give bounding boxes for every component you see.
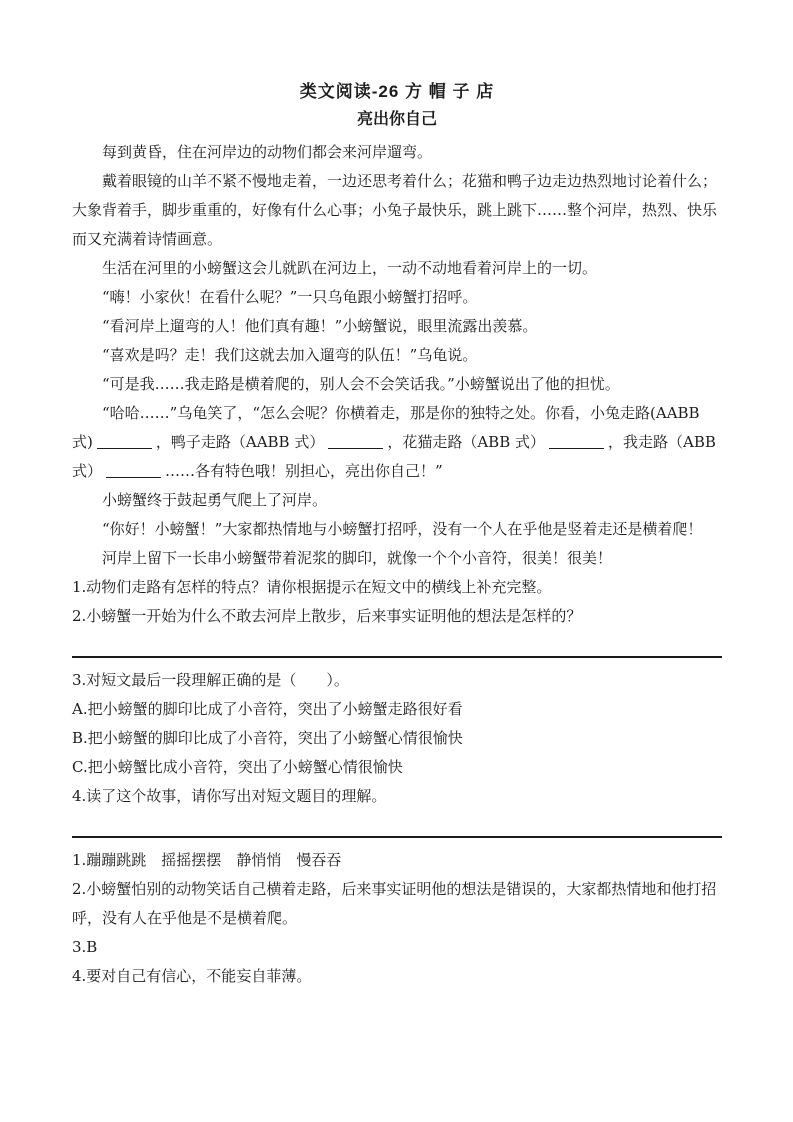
- question-item-1: 1.动物们走路有怎样的特点？请你根据提示在短文中的横线上补充完整。: [72, 573, 722, 602]
- question-3-option-b: B.把小螃蟹的脚印比成了小音符，突出了小螃蟹心情很愉快: [72, 724, 722, 753]
- fill-segment: ，鸭子走路（AABB 式）: [156, 433, 324, 451]
- worksheet-page: 类文阅读-26 方 帽 子 店 亮出你自己 每到黄昏，住在河岸边的动物们都会来河…: [0, 0, 793, 1122]
- question-item-3: 3.对短文最后一段理解正确的是（ ）。: [72, 666, 722, 695]
- story-paragraph-fill-blanks: “哈哈……”乌龟笑了，“怎么会呢？你横着走，那是你的独特之处。你看，小兔走路(A…: [72, 399, 722, 486]
- story-paragraph: 每到黄昏，住在河岸边的动物们都会来河岸遛弯。: [72, 138, 722, 167]
- story-paragraph: 小螃蟹终于鼓起勇气爬上了河岸。: [72, 486, 722, 515]
- questions-section-2: 3.对短文最后一段理解正确的是（ ）。 A.把小螃蟹的脚印比成了小音符，突出了小…: [72, 666, 722, 811]
- section-divider: [72, 656, 722, 658]
- story-paragraph: 河岸上留下一长串小螃蟹带着泥浆的脚印，就像一个个小音符，很美！很美！: [72, 544, 722, 573]
- story-paragraph: “看河岸上遛弯的人！他们真有趣！”小螃蟹说，眼里流露出羡慕。: [72, 312, 722, 341]
- story-paragraph: “可是我……我走路是横着爬的，别人会不会笑话我。”小螃蟹说出了他的担忧。: [72, 370, 722, 399]
- fill-blank-line-3: [549, 433, 604, 449]
- answers-section: 1.蹦蹦跳跳 摇摇摆摆 静悄悄 慢吞吞 2.小螃蟹怕别的动物笑话自己横着走路，后…: [72, 846, 722, 991]
- question-item-2: 2.小螃蟹一开始为什么不敢去河岸上散步，后来事实证明他的想法是怎样的？: [72, 602, 722, 631]
- fill-segment: ……各有特色哦！别担心，亮出你自己！”: [165, 462, 443, 480]
- answer-item-1: 1.蹦蹦跳跳 摇摇摆摆 静悄悄 慢吞吞: [72, 846, 722, 875]
- story-paragraph: 戴着眼镜的山羊不紧不慢地走着，一边还思考着什么；花猫和鸭子边走边热烈地讨论着什么…: [72, 167, 722, 254]
- answer-item-4: 4.要对自己有信心，不能妄自菲薄。: [72, 962, 722, 991]
- fill-blank-line-2: [328, 433, 383, 449]
- questions-section: 1.动物们走路有怎样的特点？请你根据提示在短文中的横线上补充完整。 2.小螃蟹一…: [72, 573, 722, 631]
- section-divider: [72, 836, 722, 838]
- fill-blank-line-1: [97, 433, 152, 449]
- story-paragraph: “你好！小螃蟹！”大家都热情地与小螃蟹打招呼，没有一个人在乎他是竖着走还是横着爬…: [72, 515, 722, 544]
- fill-blank-line-4: [106, 462, 161, 478]
- question-3-option-a: A.把小螃蟹的脚印比成了小音符，突出了小螃蟹走路很好看: [72, 695, 722, 724]
- answer-item-3: 3.B: [72, 933, 722, 962]
- story-paragraph: “嗨！小家伙！在看什么呢？”一只乌龟跟小螃蟹打招呼。: [72, 283, 722, 312]
- story-paragraph: 生活在河里的小螃蟹这会儿就趴在河边上，一动不动地看着河岸上的一切。: [72, 254, 722, 283]
- doc-title: 类文阅读-26 方 帽 子 店: [72, 80, 722, 104]
- question-item-4: 4.读了这个故事，请你写出对短文题目的理解。: [72, 782, 722, 811]
- story-section: 每到黄昏，住在河岸边的动物们都会来河岸遛弯。 戴着眼镜的山羊不紧不慢地走着，一边…: [72, 138, 722, 573]
- story-paragraph: “喜欢是吗？走！我们这就去加入遛弯的队伍！”乌龟说。: [72, 341, 722, 370]
- fill-segment: ，花猫走路（ABB 式）: [387, 433, 545, 451]
- answer-item-2: 2.小螃蟹怕别的动物笑话自己横着走路，后来事实证明他的想法是错误的，大家都热情地…: [72, 875, 722, 933]
- question-3-option-c: C.把小螃蟹比成小音符，突出了小螃蟹心情很愉快: [72, 753, 722, 782]
- doc-subtitle: 亮出你自己: [72, 108, 722, 132]
